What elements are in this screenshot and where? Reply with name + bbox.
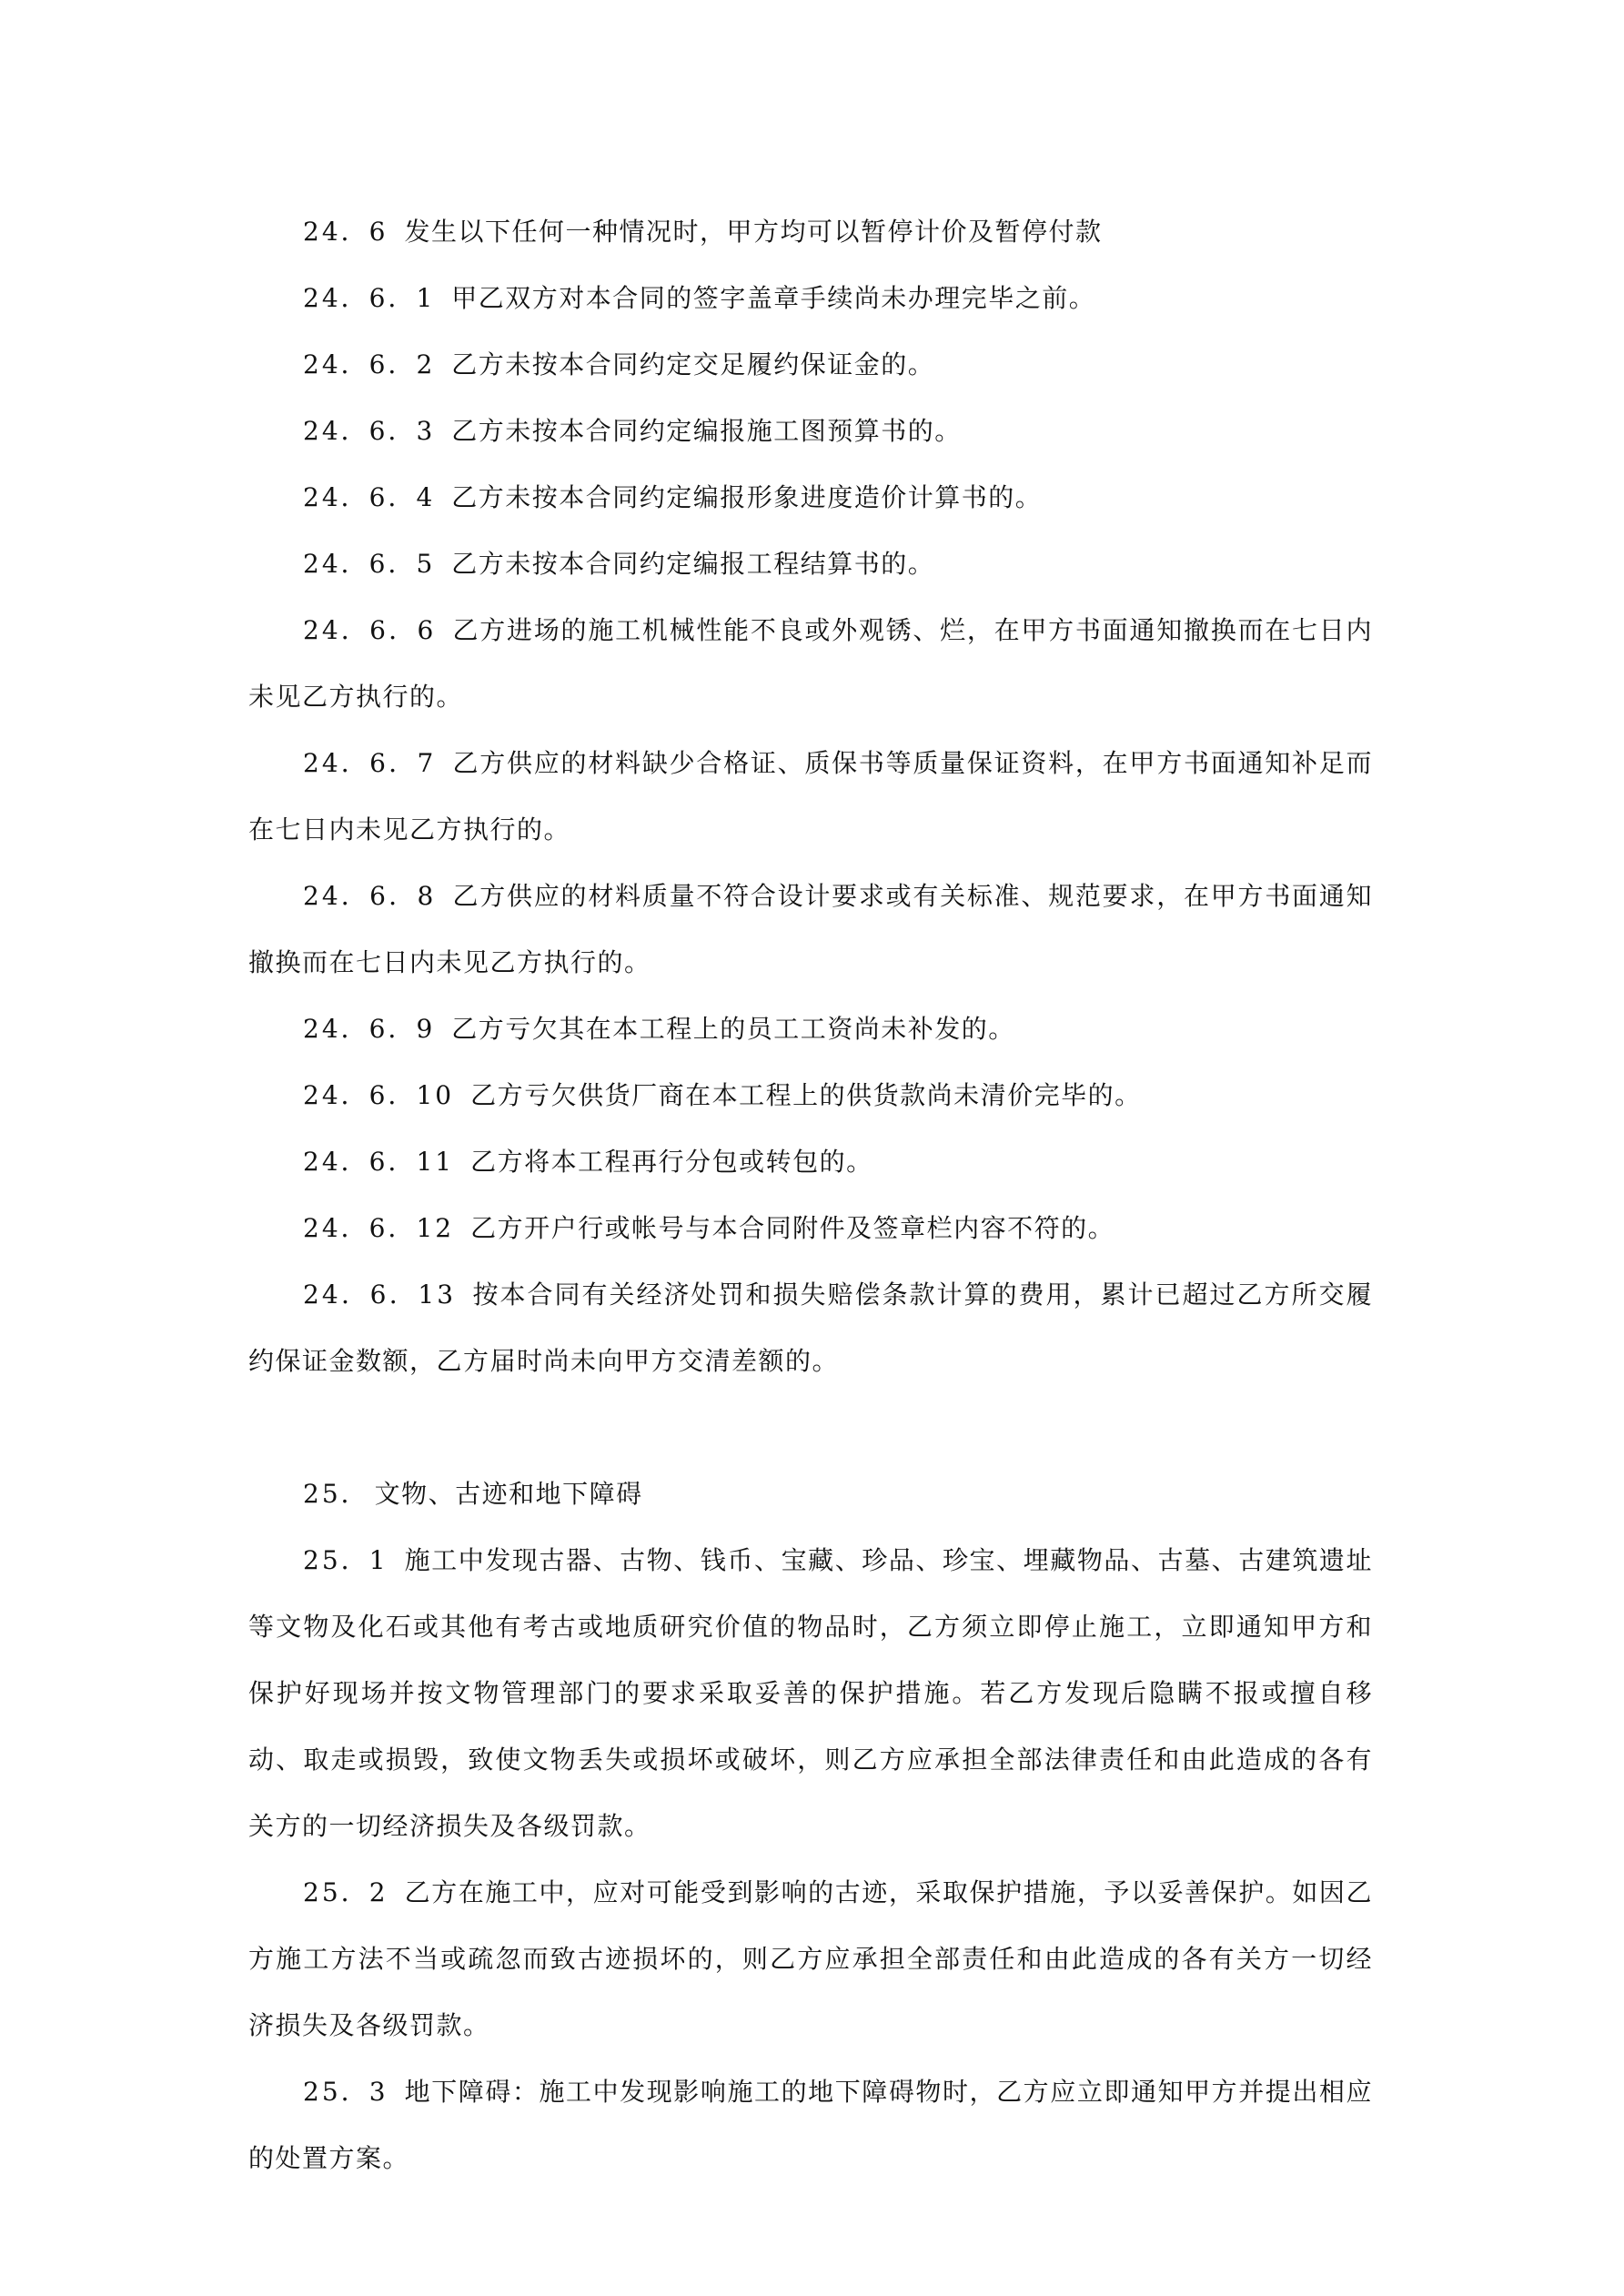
clause-number: 24．6．12 [303,1213,454,1243]
clause-number: 25．1 [303,1545,388,1575]
document-page: 24．6发生以下任何一种情况时，甲方均可以暂停计价及暂停付款 24．6．1甲乙双… [248,198,1373,2191]
clause-text: 发生以下任何一种情况时，甲方均可以暂停计价及暂停付款 [404,217,1102,247]
clause-24-6-13: 24．6．13按本合同有关经济处罚和损失赔偿条款计算的费用，累计已超过乙方所交履… [248,1261,1373,1394]
clause-text: 甲乙双方对本合同的签字盖章手续尚未办理完毕之前。 [451,283,1095,313]
clause-number: 24．6．8 [303,881,436,911]
clause-24-6-1: 24．6．1甲乙双方对本合同的签字盖章手续尚未办理完毕之前。 [248,265,1373,331]
clause-24-6-9: 24．6．9乙方亏欠其在本工程上的员工工资尚未补发的。 [248,996,1373,1062]
clause-25-1: 25．1施工中发现古器、古物、钱币、宝藏、珍品、珍宝、埋藏物品、古墓、古建筑遗址… [248,1527,1373,1859]
clause-text: 乙方亏欠其在本工程上的员工工资尚未补发的。 [451,1014,1015,1044]
clause-24-6-4: 24．6．4乙方未按本合同约定编报形象进度造价计算书的。 [248,464,1373,531]
section-number: 25． [303,1479,369,1509]
clause-24-6-2: 24．6．2乙方未按本合同约定交足履约保证金的。 [248,331,1373,398]
clause-text: 施工中发现古器、古物、钱币、宝藏、珍品、珍宝、埋藏物品、古墓、古建筑遗址等文物及… [248,1545,1373,1841]
clause-text: 乙方未按本合同约定编报形象进度造价计算书的。 [451,482,1042,512]
clause-number: 24．6．6 [303,615,436,645]
clause-number: 24．6．7 [303,748,436,778]
clause-24-6-11: 24．6．11乙方将本工程再行分包或转包的。 [248,1128,1373,1195]
clause-text: 乙方亏欠供货厂商在本工程上的供货款尚未清价完毕的。 [470,1080,1142,1110]
clause-24-6-6: 24．6．6乙方进场的施工机械性能不良或外观锈、烂，在甲方书面通知撤换而在七日内… [248,597,1373,730]
clause-text: 乙方在施工中，应对可能受到影响的古迹，采取保护措施，予以妥善保护。如因乙方施工方… [248,1877,1373,2040]
clause-number: 24．6．3 [303,416,435,446]
section-title: 文物、古迹和地下障碍 [375,1479,643,1509]
clause-24-6-10: 24．6．10乙方亏欠供货厂商在本工程上的供货款尚未清价完毕的。 [248,1062,1373,1128]
clause-text: 乙方未按本合同约定交足履约保证金的。 [451,349,934,379]
clause-number: 24．6．9 [303,1014,435,1044]
clause-text: 地下障碍：施工中发现影响施工的地下障碍物时，乙方应立即通知甲方并提出相应的处置方… [248,2077,1373,2173]
clause-number: 24．6．10 [303,1080,454,1110]
clause-number: 24．6．13 [303,1279,456,1310]
clause-number: 24．6．11 [303,1147,454,1177]
section-25-heading: 25．文物、古迹和地下障碍 [248,1461,1373,1527]
clause-number: 24．6．1 [303,283,435,313]
clause-24-6-3: 24．6．3乙方未按本合同约定编报施工图预算书的。 [248,398,1373,464]
clause-number: 24．6．2 [303,349,435,379]
clause-text: 乙方将本工程再行分包或转包的。 [470,1147,873,1177]
clause-24-6-heading: 24．6发生以下任何一种情况时，甲方均可以暂停计价及暂停付款 [248,198,1373,265]
section-spacer [248,1394,1373,1461]
clause-text: 乙方未按本合同约定编报施工图预算书的。 [451,416,962,446]
clause-25-3: 25．3地下障碍：施工中发现影响施工的地下障碍物时，乙方应立即通知甲方并提出相应… [248,2058,1373,2191]
clause-24-6-12: 24．6．12乙方开户行或帐号与本合同附件及签章栏内容不符的。 [248,1195,1373,1261]
clause-text: 乙方开户行或帐号与本合同附件及签章栏内容不符的。 [470,1213,1115,1243]
clause-24-6-5: 24．6．5乙方未按本合同约定编报工程结算书的。 [248,531,1373,597]
clause-24-6-8: 24．6．8乙方供应的材料质量不符合设计要求或有关标准、规范要求，在甲方书面通知… [248,863,1373,996]
clause-25-2: 25．2乙方在施工中，应对可能受到影响的古迹，采取保护措施，予以妥善保护。如因乙… [248,1859,1373,2058]
clause-number: 25．2 [303,1877,388,1907]
clause-number: 24．6 [303,217,388,247]
clause-text: 乙方未按本合同约定编报工程结算书的。 [451,549,934,579]
clause-number: 24．6．5 [303,549,435,579]
clause-24-6-7: 24．6．7乙方供应的材料缺少合格证、质保书等质量保证资料，在甲方书面通知补足而… [248,730,1373,863]
clause-number: 25．3 [303,2077,388,2107]
clause-number: 24．6．4 [303,482,435,512]
